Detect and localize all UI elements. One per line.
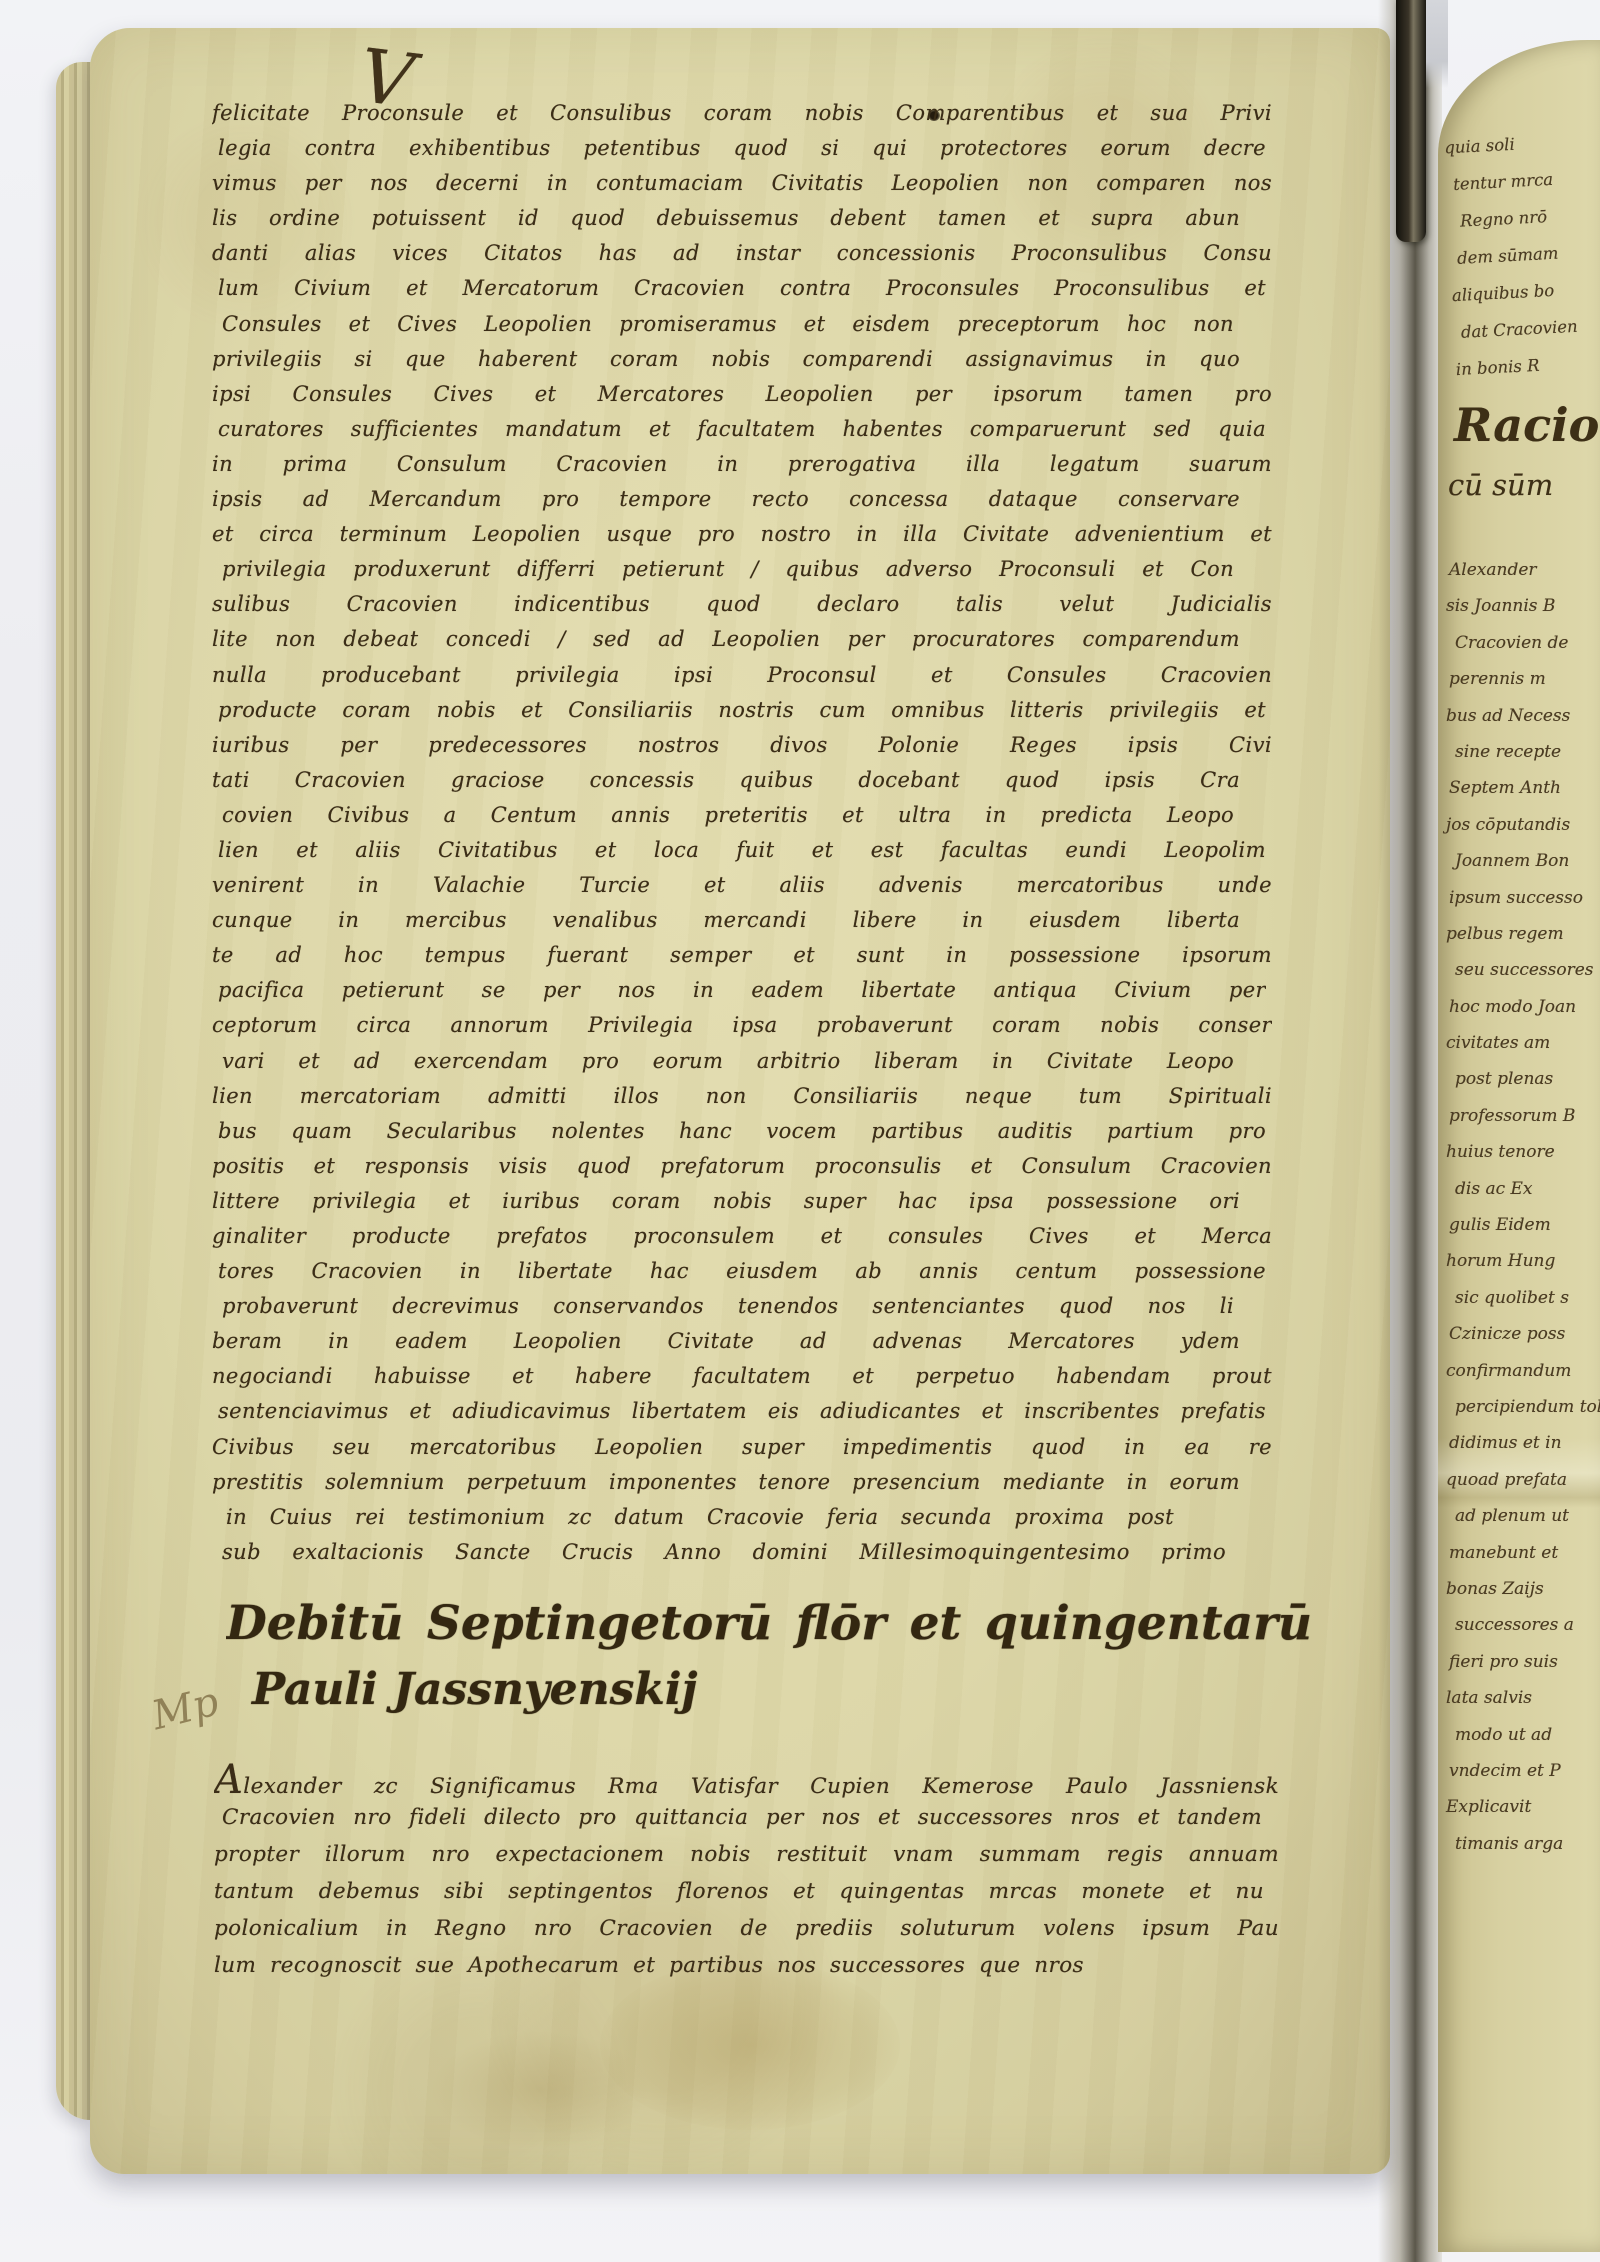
text-line: Septem Anth xyxy=(1449,770,1600,806)
text-line: propter illorum nro expectacionem nobis … xyxy=(214,1836,1279,1873)
text-line: positis et responsis visis quod prefator… xyxy=(212,1149,1272,1184)
text-line: producte coram nobis et Consiliariis nos… xyxy=(218,693,1266,728)
text-line: pacifica petierunt se per nos in eadem l… xyxy=(218,973,1266,1008)
text-line: bus quam Secularibus nolentes hanc vocem… xyxy=(218,1114,1266,1149)
text-line: tentur mrca xyxy=(1452,160,1571,203)
text-line: timanis arga xyxy=(1455,1826,1600,1862)
text-line: hoc modo Joan xyxy=(1449,989,1600,1025)
entry-heading-line1: Debitū Septingetorū flōr et quingentarū … xyxy=(226,1592,1312,1656)
text-line: pelbus regem xyxy=(1446,916,1600,952)
text-line: jos cōputandis xyxy=(1446,807,1600,843)
text-line: Czinicze poss xyxy=(1449,1316,1600,1352)
text-line: dem sūmam xyxy=(1456,234,1575,277)
text-line: privilegia produxerunt differri petierun… xyxy=(222,552,1234,587)
text-line: civitates am xyxy=(1446,1025,1600,1061)
text-line: in Cuius rei testimonium zc datum Cracov… xyxy=(226,1500,1174,1535)
gutter-shadow xyxy=(1378,0,1442,2262)
text-line: Alexander zc Significamus Rma Vatisfar C… xyxy=(214,1762,1279,1799)
text-line: legia contra exhibentibus petentibus quo… xyxy=(218,131,1266,166)
text-line: Cracovien nro fideli dilecto pro quittan… xyxy=(222,1799,1262,1836)
text-line: professorum B xyxy=(1449,1098,1600,1134)
text-line: tores Cracovien in libertate hac eiusdem… xyxy=(218,1254,1266,1289)
text-line: didimus et in xyxy=(1449,1425,1600,1461)
text-line: modo ut ad xyxy=(1455,1717,1600,1753)
text-line: seu successores xyxy=(1455,952,1600,988)
text-line: sis Joannis B xyxy=(1446,588,1600,624)
text-line: perennis m xyxy=(1449,661,1600,697)
right-page-heading-line2: cū sūm xyxy=(1448,468,1553,502)
text-line: Explicavit xyxy=(1446,1789,1600,1825)
text-line: lum Civium et Mercatorum Cracovien contr… xyxy=(218,271,1266,306)
text-line: sulibus Cracovien indicentibus quod decl… xyxy=(212,587,1272,622)
text-line: et circa terminum Leopolien usque pro no… xyxy=(212,517,1272,552)
paper-stain xyxy=(430,2030,650,2150)
text-line: negociandi habuisse et habere facultatem… xyxy=(212,1359,1272,1394)
text-line: iuribus per predecessores nostros divos … xyxy=(212,728,1272,763)
text-line: ginaliter producte prefatos proconsulem … xyxy=(212,1219,1272,1254)
entry-heading-line2: Pauli Jassnyenskij xyxy=(252,1660,697,1720)
text-line: vndecim et P xyxy=(1449,1753,1600,1789)
text-line: fieri pro suis xyxy=(1449,1644,1600,1680)
text-line: privilegiis si que haberent coram nobis … xyxy=(212,342,1240,377)
text-line: lien mercatoriam admitti illos non Consi… xyxy=(212,1079,1272,1114)
text-line: confirmandum xyxy=(1446,1353,1600,1389)
page-holder-rod xyxy=(1396,0,1426,242)
text-line: polonicalium in Regno nro Cracovien de p… xyxy=(214,1910,1279,1947)
text-line: lata salvis xyxy=(1446,1680,1600,1716)
text-line: horum Hung xyxy=(1446,1243,1600,1279)
text-line: post plenas xyxy=(1455,1061,1600,1097)
text-line: te ad hoc tempus fuerant semper et sunt … xyxy=(212,938,1272,973)
text-line: sub exaltacionis Sancte Crucis Anno domi… xyxy=(222,1535,1226,1570)
text-line: successores a xyxy=(1455,1607,1600,1643)
text-line: bonas Zaijs xyxy=(1446,1571,1600,1607)
right-page-heading-line1: Racio xyxy=(1454,398,1599,452)
rod-glare xyxy=(1426,0,1448,88)
text-line: prestitis solemnium perpetuum imponentes… xyxy=(212,1465,1240,1500)
text-line: in prima Consulum Cracovien in prerogati… xyxy=(212,447,1272,482)
text-line: nulla producebant privilegia ipsi Procon… xyxy=(212,658,1272,693)
text-line: Civibus seu mercatoribus Leopolien super… xyxy=(212,1430,1272,1465)
text-line: vari et ad exercendam pro eorum arbitrio… xyxy=(222,1044,1234,1079)
text-line: ipsi Consules Cives et Mercatores Leopol… xyxy=(212,377,1272,412)
text-line: huius tenore xyxy=(1446,1134,1600,1170)
text-line: sentenciavimus et adiudicavimus libertat… xyxy=(218,1394,1266,1429)
text-line: Consules et Cives Leopolien promiseramus… xyxy=(222,307,1234,342)
manuscript-scan: V felicitate Proconsule et Consulibus co… xyxy=(0,0,1600,2262)
text-line: bus ad Necess xyxy=(1446,698,1600,734)
text-line: vimus per nos decerni in contumaciam Civ… xyxy=(212,166,1272,201)
text-line: lum recognoscit sue Apothecarum et parti… xyxy=(214,1947,1084,1984)
text-line: sine recepte xyxy=(1455,734,1600,770)
text-line: Cracovien de xyxy=(1455,625,1600,661)
text-line: covien Civibus a Centum annis preteritis… xyxy=(222,798,1234,833)
text-line: lite non debeat concedi / sed ad Leopoli… xyxy=(212,622,1240,657)
page-edge-stack xyxy=(56,62,94,2120)
text-line: beram in eadem Leopolien Civitate ad adv… xyxy=(212,1324,1240,1359)
right-page-body-fragments: Alexandersis Joannis BCracovien deperenn… xyxy=(1446,552,1600,1862)
text-line: ipsum successo xyxy=(1449,880,1600,916)
entry-text-block: Alexander zc Significamus Rma Vatisfar C… xyxy=(214,1762,1286,1984)
text-line: ceptorum circa annorum Privilegia ipsa p… xyxy=(212,1008,1272,1043)
text-line: curatores sufficientes mandatum et facul… xyxy=(218,412,1266,447)
text-line: ad plenum ut xyxy=(1455,1498,1600,1534)
text-line: manebunt et xyxy=(1449,1535,1600,1571)
text-line: tantum debemus sibi septingentos floreno… xyxy=(214,1873,1264,1910)
text-line: quoad prefata xyxy=(1446,1462,1600,1498)
text-line: tati Cracovien graciose concessis quibus… xyxy=(212,763,1240,798)
text-line: dis ac Ex xyxy=(1455,1171,1600,1207)
text-line: lis ordine potuissent id quod debuissemu… xyxy=(212,201,1240,236)
text-line: venirent in Valachie Turcie et aliis adv… xyxy=(212,868,1272,903)
text-line: lien et aliis Civitatibus et loca fuit e… xyxy=(218,833,1266,868)
text-line: gulis Eidem xyxy=(1449,1207,1600,1243)
text-line: probaverunt decrevimus conservandos tene… xyxy=(222,1289,1234,1324)
text-line: cunque in mercibus venalibus mercandi li… xyxy=(212,903,1240,938)
text-line: dat Cracovien xyxy=(1460,308,1579,351)
text-line: percipiendum tol xyxy=(1455,1389,1600,1425)
text-line: ipsis ad Mercandum pro tempore recto con… xyxy=(212,482,1240,517)
text-line: Alexander xyxy=(1449,552,1600,588)
right-page: quia solitentur mrcaRegno nrōdem sūmamal… xyxy=(1438,40,1600,2252)
main-text-block: felicitate Proconsule et Consulibus cora… xyxy=(212,96,1287,1570)
text-line: danti alias vices Citatos has ad instar … xyxy=(212,236,1272,271)
text-line: littere privilegia et iuribus coram nobi… xyxy=(212,1184,1240,1219)
text-line: in bonis R xyxy=(1455,345,1581,388)
text-line: Joannem Bon xyxy=(1455,843,1600,879)
text-line: felicitate Proconsule et Consulibus cora… xyxy=(212,96,1272,131)
right-page-top-fragments: quia solitentur mrcaRegno nrōdem sūmamal… xyxy=(1443,123,1580,388)
text-line: sic quolibet s xyxy=(1455,1280,1600,1316)
text-line: Regno nrō xyxy=(1459,197,1573,240)
